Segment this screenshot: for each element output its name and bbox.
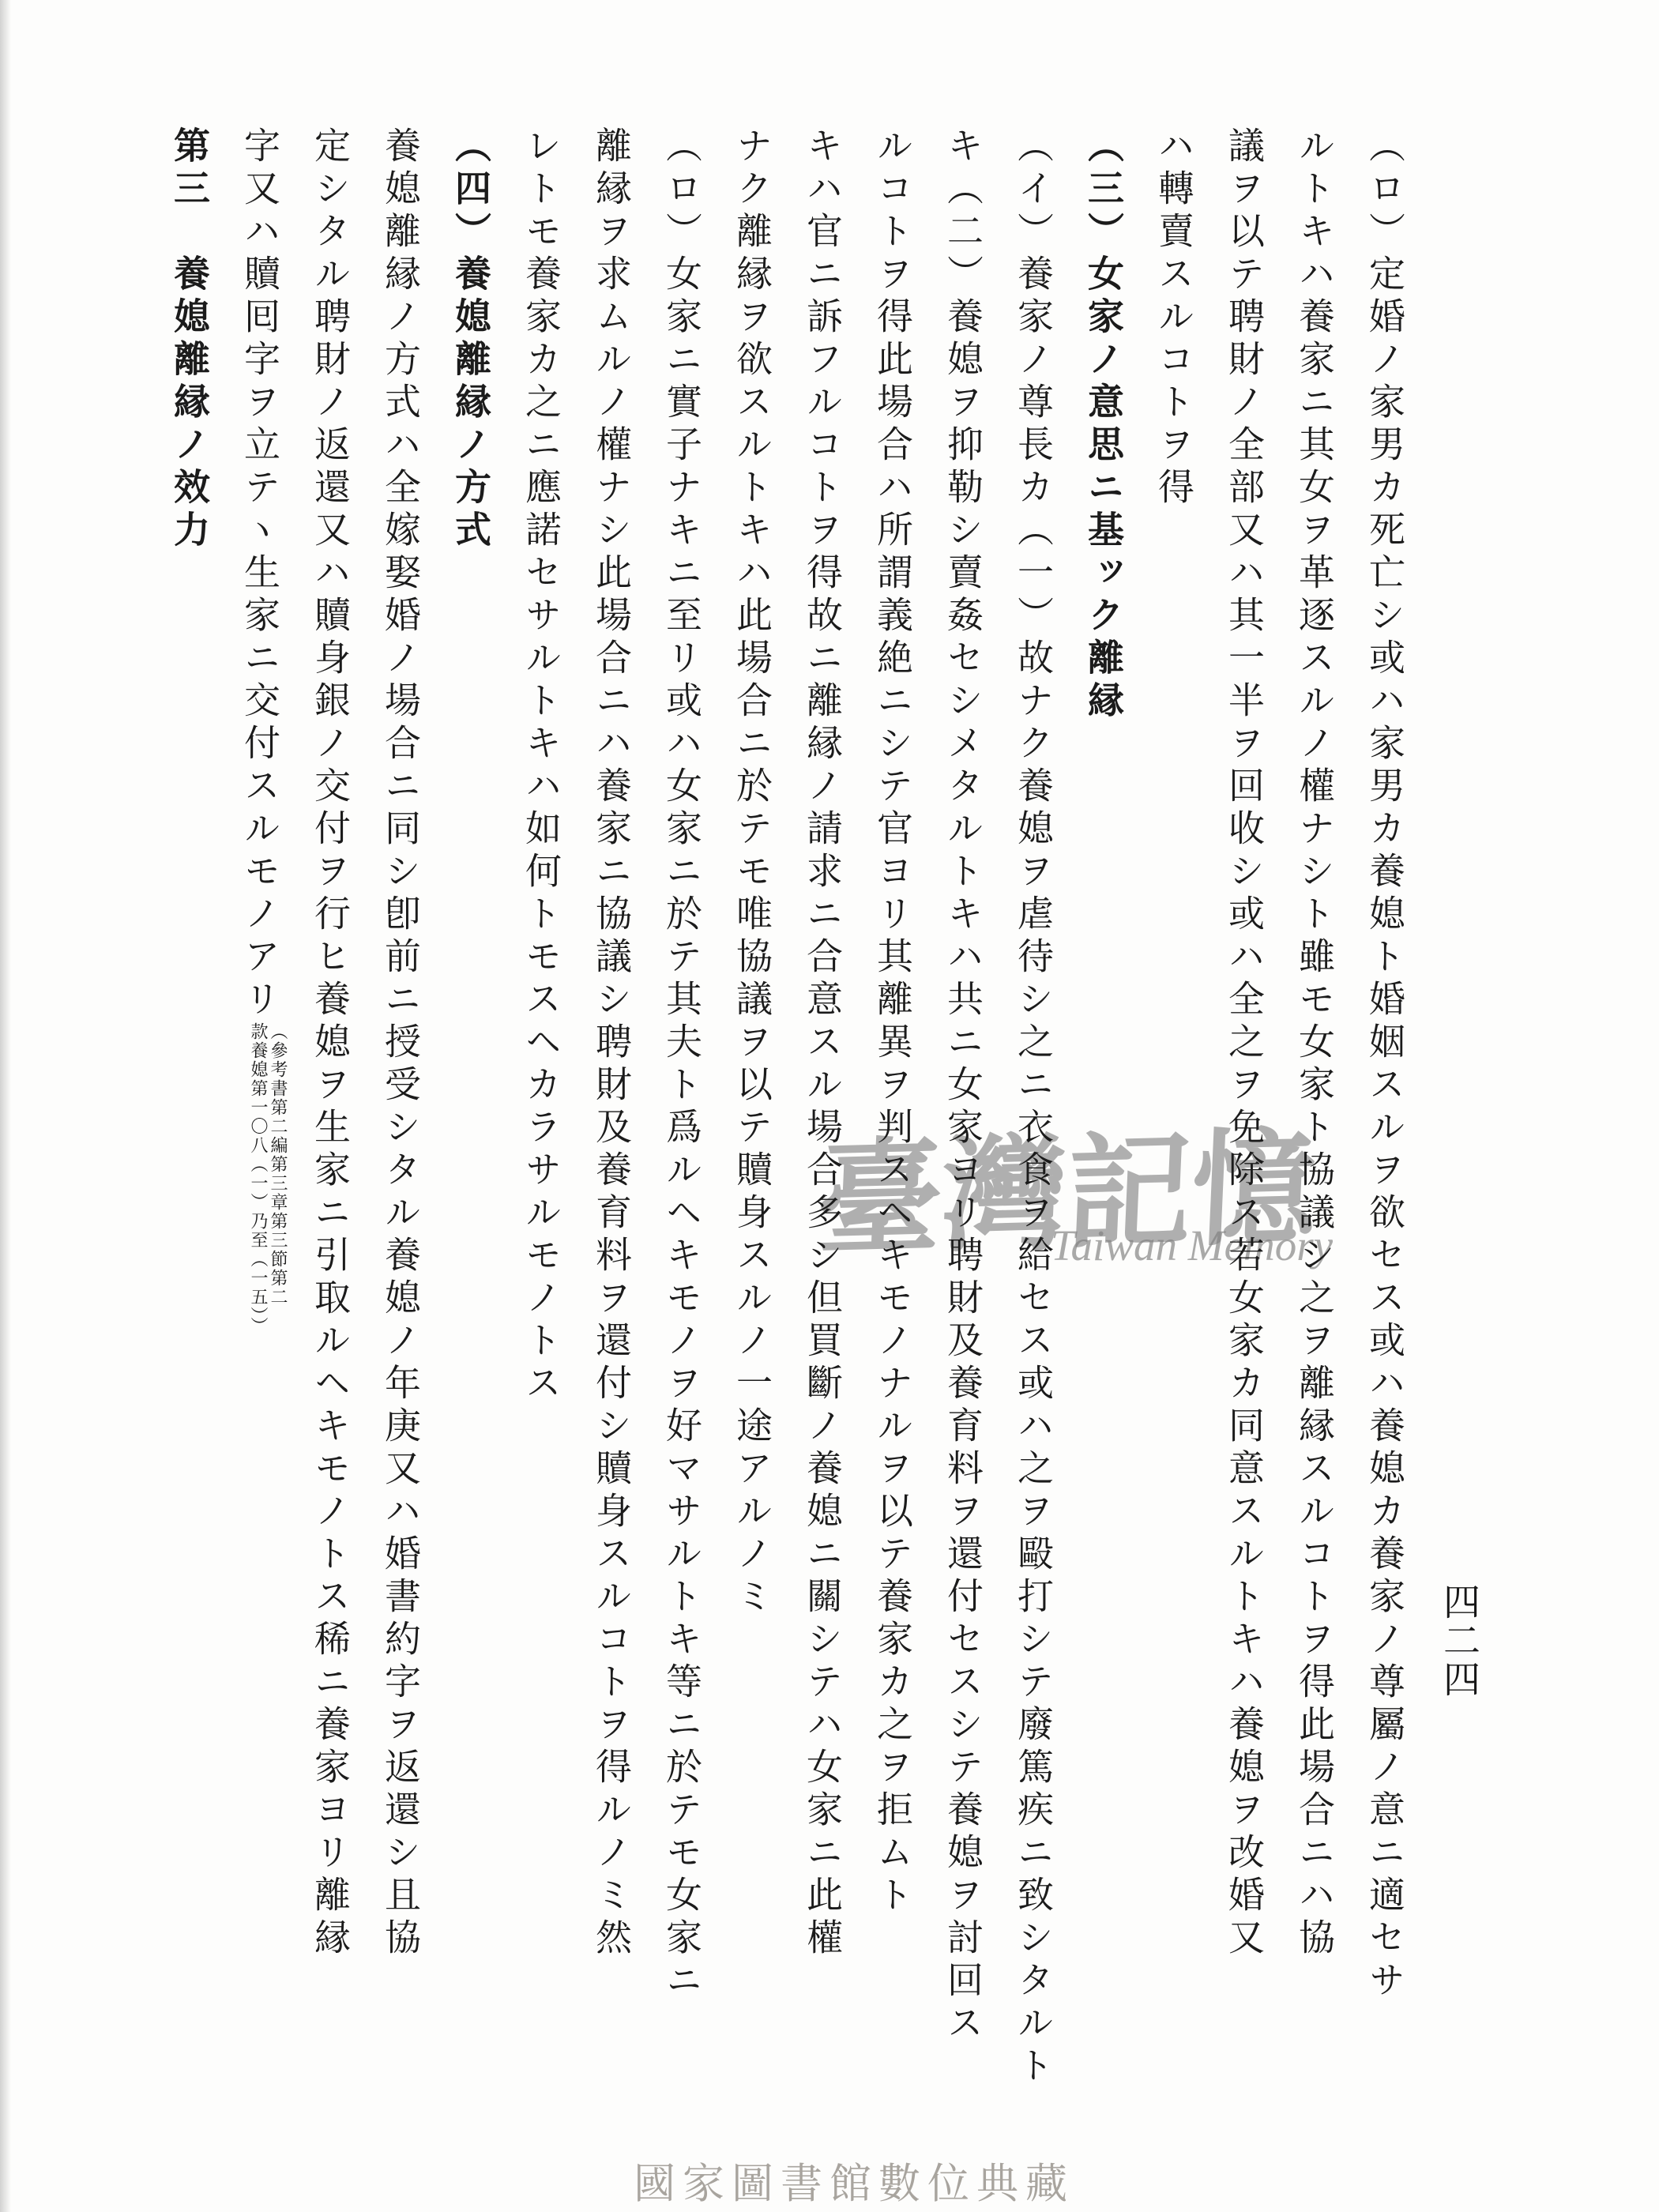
scan-edge-artifact (0, 0, 11, 2212)
reference-note: （參考書第二編第三章第三節第二款養媳第一〇八（一）乃至（一五）） (249, 1022, 288, 1336)
reference-note-line: 款養媳第一〇八（一）乃至（一五）） (249, 1022, 269, 1336)
text-column: 養媳離縁ノ方式ハ全嫁娶婚ノ場合ニ同シ卽前ニ授受シタル養媳ノ年庚又ハ婚書約字ヲ返還… (365, 126, 435, 2149)
section-heading-3: （三）女家ノ意思ニ基ック離縁 (1068, 126, 1138, 2149)
chapter-heading: 第三 養媳離縁ノ效力 (154, 126, 224, 2149)
text-column-body: 字又ハ贖囘字ヲ立テヽ生家ニ交付スルモノアリ (239, 126, 280, 1022)
text-column: ルコトヲ得此場合ハ所謂義絶ニシテ官ヨリ其離異ヲ判スヘキモノナルヲ以テ養家カ之ヲ拒… (857, 126, 927, 2149)
text-column: ルトキハ養家ニ其女ヲ革逐スルノ權ナシト雖モ女家ト協議シ之ヲ離縁スルコトヲ得此場合… (1279, 126, 1349, 2149)
text-column: （ロ）定婚ノ家男カ死亡シ或ハ家男カ養媳ト婚姻スルヲ欲セス或ハ養媳カ養家ノ尊屬ノ意… (1349, 126, 1420, 2149)
page-number: 四二四 (1432, 1582, 1485, 1698)
text-column: ハ轉賣スルコトヲ得 (1138, 126, 1209, 2149)
text-column: キハ官ニ訴フルコトヲ得故ニ離縁ノ請求ニ合意スル場合多シ但買斷ノ養媳ニ關シテハ女家… (787, 126, 857, 2149)
text-column: ナク離縁ヲ欲スルトキハ此場合ニ於テモ唯協議ヲ以テ贖身スルノ一途アルノミ (717, 126, 787, 2149)
reference-note-line: （參考書第二編第三章第三節第二 (269, 1022, 288, 1336)
vertical-text-block: （ロ）定婚ノ家男カ死亡シ或ハ家男カ養媳ト婚姻スルヲ欲セス或ハ養媳カ養家ノ尊屬ノ意… (154, 126, 1420, 2149)
text-column: （ロ）女家ニ實子ナキニ至リ或ハ女家ニ於テ其夫ト爲ルヘキモノヲ好マサルトキ等ニ於テ… (646, 126, 717, 2149)
text-column: キ（二）養媳ヲ抑勒シ賣姦セシメタルトキハ共ニ女家ヨリ聘財及養育料ヲ還付セスシテ養… (927, 126, 998, 2149)
text-column: 定シタル聘財ノ返還又ハ贖身銀ノ交付ヲ行ヒ養媳ヲ生家ニ引取ルヘキモノトス稀ニ養家ヨ… (295, 126, 365, 2149)
text-column: 離縁ヲ求ムルノ權ナシ此場合ニハ養家ニ協議シ聘財及養育料ヲ還付シ贖身スルコトヲ得ル… (576, 126, 646, 2149)
text-column: 議ヲ以テ聘財ノ全部又ハ其一半ヲ回收シ或ハ全之ヲ免除ス若女家カ同意スルトキハ養媳ヲ… (1209, 126, 1279, 2149)
archive-footer-label: 國家圖書館數位典藏 (634, 2150, 1074, 2210)
section-heading-4: （四）養媳離縁ノ方式 (435, 126, 506, 2149)
scanned-document-page: 臺灣記憶 Taiwan Memory （ロ）定婚ノ家男カ死亡シ或ハ家男カ養媳ト婚… (0, 0, 1659, 2212)
text-column: （イ）養家ノ尊長カ（一）故ナク養媳ヲ虐待シ之ニ衣食ヲ給セス或ハ之ヲ毆打シテ廢篤疾… (998, 126, 1068, 2149)
text-column: 字又ハ贖囘字ヲ立テヽ生家ニ交付スルモノアリ（參考書第二編第三章第三節第二款養媳第… (224, 126, 295, 2149)
text-column: レトモ養家カ之ニ應諾セサルトキハ如何トモスヘカラサルモノトス (506, 126, 576, 2149)
